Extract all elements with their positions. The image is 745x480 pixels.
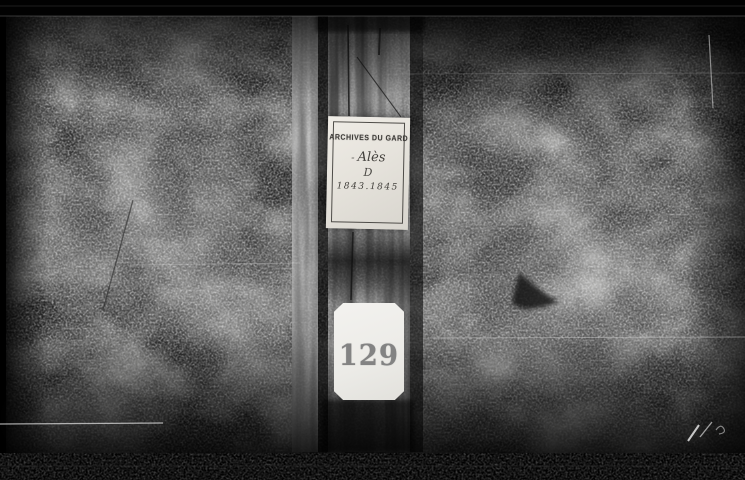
archive-label-frame: ARCHIVES DU GARD -Alès D 1843.1845: [331, 121, 405, 223]
archive-label-series: D: [363, 166, 372, 179]
handwritten-dash: -: [351, 153, 355, 164]
spine-number-label: 129: [334, 303, 404, 400]
archive-label-place: -Alès: [351, 150, 386, 166]
archive-label-header: ARCHIVES DU GARD: [329, 134, 408, 143]
archive-spine-label: ARCHIVES DU GARD -Alès D 1843.1845: [326, 116, 410, 230]
register-cover-photo: ARCHIVES DU GARD -Alès D 1843.1845 129: [0, 0, 745, 480]
spine-number: 129: [339, 338, 399, 372]
archive-label-dates: 1843.1845: [337, 181, 399, 192]
place-name: Alès: [357, 150, 385, 166]
book-cover-texture: [0, 0, 745, 480]
